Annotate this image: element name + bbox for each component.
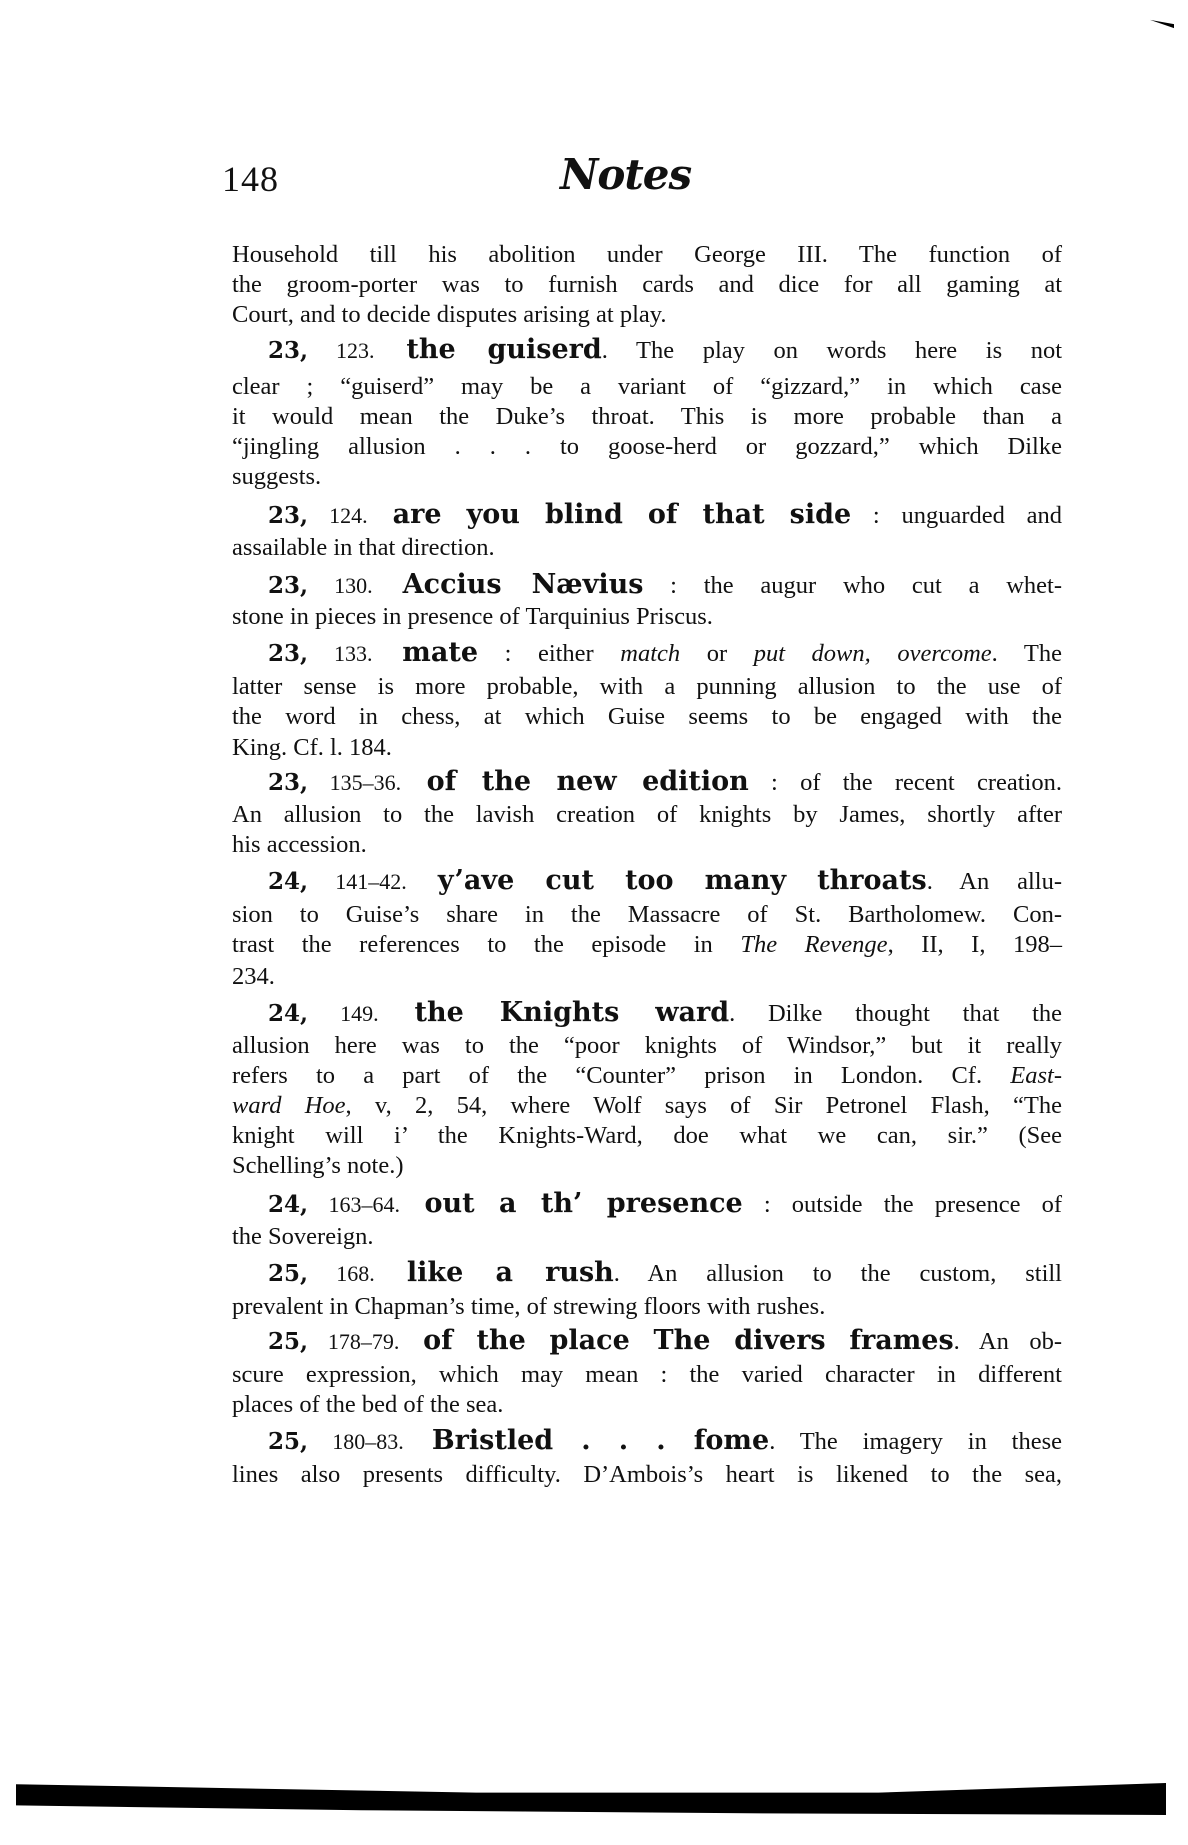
scan-corner-mark [1150,20,1174,28]
note-lemma: the guiserd [374,334,601,365]
body-text: allusion here was to the “poor knights o… [232,1032,1062,1059]
body-text: : the augur who cut a whet- [643,572,1062,599]
body-text: 234. [232,963,275,990]
note-lemma: of the place The divers frames [399,1325,953,1356]
text-line: the Sovereign. [232,1222,1062,1252]
line-number: 135–36. [308,770,401,795]
body-text: “jingling allusion . . . to goose-herd o… [232,433,1062,460]
line-number: 124. [308,503,368,528]
note-entry-first-line: 23, 135–36. of the new edition : of the … [268,767,1062,798]
note-entry-first-line: 23, 123. the guiserd. The play on words … [268,335,1062,366]
body-text: : of the recent creation. [749,769,1062,796]
text-line: “jingling allusion . . . to goose-herd o… [232,432,1062,462]
body-text: sion to Guise’s share in the Massacre of… [232,901,1062,928]
note-entry-first-line: 23, 124. are you blind of that side : un… [268,500,1062,531]
body-text: An allusion to the lavish creation of kn… [232,801,1062,828]
body-text: : unguarded and [851,502,1062,529]
line-number: 178–79. [308,1329,399,1354]
body-text: the groom-porter was to furnish cards an… [232,271,1062,298]
text-line: latter sense is more probable, with a pu… [232,672,1062,702]
note-lemma: mate [372,637,478,668]
note-reference: 25, 180–83. [268,1428,404,1455]
body-text: scure expression, which may mean : the v… [232,1361,1062,1388]
text-line: sion to Guise’s share in the Massacre of… [232,900,1062,930]
body-text: or [680,640,754,667]
text-line: Schelling’s note.) [232,1151,1062,1181]
line-number: 163–64. [308,1192,400,1217]
scan-edge-bar [16,1783,1166,1815]
body-text: . The play on words here is not [602,337,1062,364]
text-line: it would mean the Duke’s throat. This is… [232,402,1062,432]
body-text: , II, I, 198– [888,931,1062,958]
text-line: the word in chess, at which Guise seems … [232,702,1062,732]
body-text: knight will i’ the Knights-Ward, doe wha… [232,1122,1062,1149]
body-text: stone in pieces in presence of Tarquiniu… [232,603,713,630]
body-text: . An allusion to the custom, still [614,1260,1062,1287]
italic-text: put down, overcome [754,640,992,667]
line-number: 180–83. [308,1429,404,1454]
note-entry-first-line: 24, 149. the Knights ward. Dilke thought… [268,998,1062,1029]
note-reference: 25, 178–79. [268,1328,399,1355]
note-entry-first-line: 25, 178–79. of the place The divers fram… [268,1326,1062,1357]
text-line: places of the bed of the sea. [232,1390,1062,1420]
running-head: Notes [560,150,691,199]
note-lemma: of the new edition [401,766,749,797]
body-text: trast the references to the episode in [232,931,740,958]
note-lemma: Bristled . . . fome [404,1425,769,1456]
italic-text: match [620,640,680,667]
italic-text: The Revenge [740,931,887,958]
body-text: . The imagery in these [769,1428,1062,1455]
note-entry-first-line: 24, 163–64. out a th’ presence : outside… [268,1189,1062,1220]
text-line: assailable in that direction. [232,533,1062,563]
text-line: clear ; “guiserd” may be a variant of “g… [232,372,1062,402]
note-lemma: the Knights ward [379,997,730,1028]
line-number: 130. [308,573,373,598]
italic-text: ward Hoe [232,1092,346,1119]
body-text: the word in chess, at which Guise seems … [232,703,1062,730]
note-entry-first-line: 23, 133. mate : either match or put down… [268,638,1062,669]
note-reference: 23, 123. [268,337,374,364]
note-lemma: Accius Nævius [373,569,644,600]
text-line: refers to a part of the “Counter” prison… [232,1061,1062,1091]
body-text: . An allu- [927,868,1062,895]
text-line: knight will i’ the Knights-Ward, doe wha… [232,1121,1062,1151]
note-lemma: like a rush [375,1257,614,1288]
text-line: prevalent in Chapman’s time, of strewing… [232,1292,1062,1322]
text-line: stone in pieces in presence of Tarquiniu… [232,602,1062,632]
body-text: latter sense is more probable, with a pu… [232,673,1062,700]
text-line: Household till his abolition under Georg… [232,240,1062,270]
body-text: clear ; “guiserd” may be a variant of “g… [232,373,1062,400]
note-reference: 23, 135–36. [268,769,401,796]
body-text: : either [478,640,620,667]
body-text: refers to a part of the “Counter” prison… [232,1062,1010,1089]
body-text: Court, and to decide disputes arising at… [232,301,667,328]
note-reference: 24, 163–64. [268,1191,400,1218]
text-line: lines also presents difficulty. D’Ambois… [232,1460,1062,1490]
note-entry-first-line: 24, 141–42. y’ave cut too many throats. … [268,866,1062,897]
body-text: , v, 2, 54, where Wolf says of Sir Petro… [346,1092,1062,1119]
note-entry-first-line: 25, 168. like a rush. An allusion to the… [268,1258,1062,1289]
note-entry-first-line: 23, 130. Accius Nævius : the augur who c… [268,570,1062,601]
line-number: 123. [308,338,374,363]
note-reference: 24, 141–42. [268,868,407,895]
text-line: scure expression, which may mean : the v… [232,1360,1062,1390]
body-text: King. Cf. l. 184. [232,734,392,761]
text-line: the groom-porter was to furnish cards an… [232,270,1062,300]
note-reference: 24, 149. [268,1000,379,1027]
body-text: the Sovereign. [232,1223,374,1250]
text-line: 234. [232,962,1062,992]
text-line: ward Hoe, v, 2, 54, where Wolf says of S… [232,1091,1062,1121]
text-line: King. Cf. l. 184. [232,733,1062,763]
note-entry-first-line: 25, 180–83. Bristled . . . fome. The ima… [268,1426,1062,1457]
body-text: suggests. [232,463,321,490]
page-number: 148 [222,158,279,200]
note-reference: 23, 124. [268,502,368,529]
body-text: it would mean the Duke’s throat. This is… [232,403,1062,430]
body-text: . An ob- [954,1328,1062,1355]
body-text: Household till his abolition under Georg… [232,241,1062,268]
body-text: . The [992,640,1062,667]
text-line: Court, and to decide disputes arising at… [232,300,1062,330]
text-line: allusion here was to the “poor knights o… [232,1031,1062,1061]
text-line: suggests. [232,462,1062,492]
note-reference: 25, 168. [268,1260,375,1287]
note-lemma: y’ave cut too many throats [407,865,927,896]
body-text: his accession. [232,831,367,858]
body-text: . Dilke thought that the [729,1000,1062,1027]
text-line: his accession. [232,830,1062,860]
note-lemma: are you blind of that side [368,499,852,530]
text-line: trast the references to the episode in T… [232,930,1062,960]
note-reference: 23, 133. [268,640,372,667]
italic-text: East- [1010,1062,1062,1089]
body-text: : outside the presence of [743,1191,1062,1218]
note-lemma: out a th’ presence [400,1188,743,1219]
text-line: An allusion to the lavish creation of kn… [232,800,1062,830]
line-number: 141–42. [308,869,407,894]
body-text: Schelling’s note.) [232,1152,403,1179]
line-number: 133. [308,641,372,666]
body-text: places of the bed of the sea. [232,1391,503,1418]
body-text: prevalent in Chapman’s time, of strewing… [232,1293,825,1320]
note-reference: 23, 130. [268,572,373,599]
body-text: lines also presents difficulty. D’Ambois… [232,1461,1062,1488]
line-number: 168. [308,1261,375,1286]
line-number: 149. [308,1001,379,1026]
body-text: assailable in that direction. [232,534,495,561]
